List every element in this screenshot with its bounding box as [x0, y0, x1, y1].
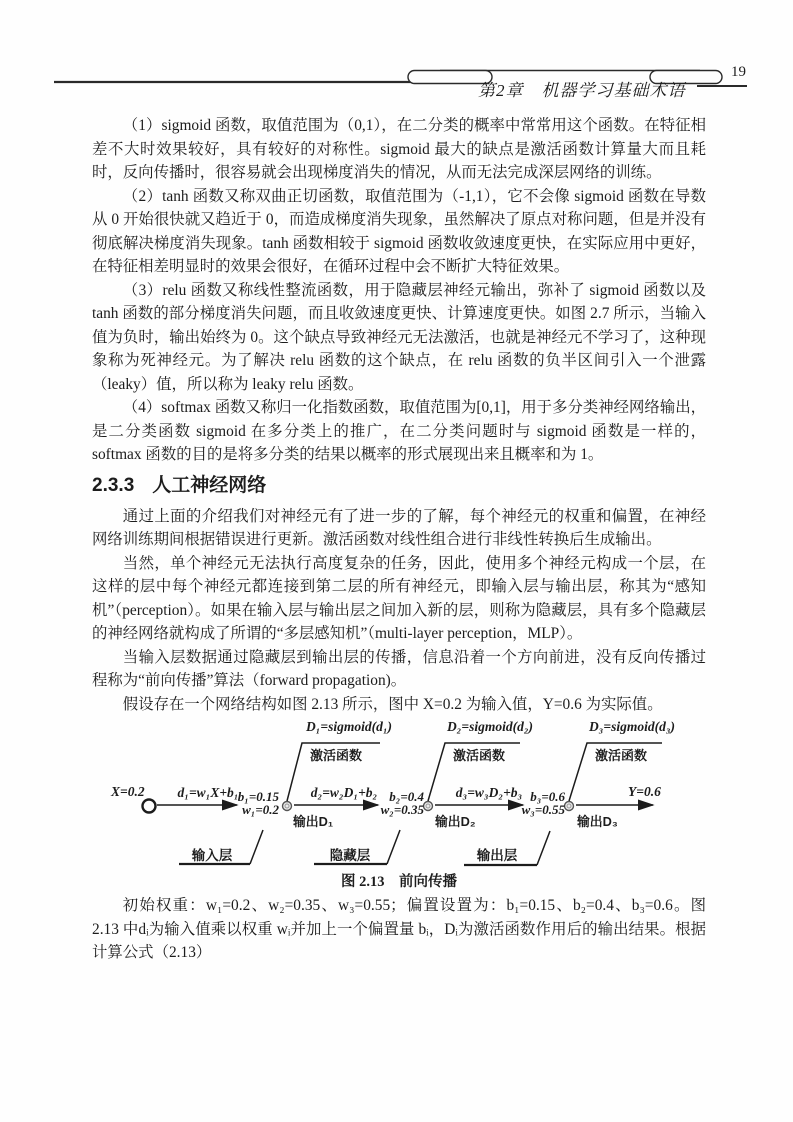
stage1-weight: w₁=0.2 [215, 804, 279, 817]
paragraph-initial-weights: 初始权重：w₁=0.2、w₂=0.35、w₃=0.55；偏置设置为：b₁=0.1… [92, 894, 706, 965]
layer-label-input: 输入层 [172, 844, 252, 864]
paragraph-network-setup: 假设存在一个网络结构如图 2.13 所示，图中 X=0.2 为输入值，Y=0.6… [92, 693, 706, 717]
stage3-weight: w₃=0.55 [501, 804, 565, 817]
stage2-activation-label: 激活函数 [453, 745, 505, 764]
neuron1-circle [283, 802, 292, 811]
stage1-params: b₁=0.15 w₁=0.2 [215, 791, 279, 816]
paragraph-perceptron: 当然，单个神经元无法执行高度复杂的任务，因此，使用多个神经元构成一个层，在这样的… [92, 552, 706, 646]
paragraph-softmax: （4）softmax 函数又称归一化指数函数，取值范围为[0,1]，用于多分类神… [92, 396, 706, 467]
stage3-output-label: 输出D₃ [577, 811, 618, 830]
layer-diagonal-3 [537, 831, 550, 865]
paragraph-forward-prop: 当输入层数据通过隐藏层到输出层的传播，信息沿着一个方向前进，没有反向传播过程称为… [92, 646, 706, 693]
layer-label-hidden: 隐藏层 [310, 844, 390, 864]
input-value-label: X=0.2 [111, 784, 145, 800]
stage1-activation-formula: D₁=sigmoid(d₁) [279, 719, 419, 735]
stage2-output-label: 输出D₂ [435, 811, 476, 830]
figure-forward-propagation: X=0.2 Y=0.6 d₁=w₁X+b₁ d₂=w₂D₁+b₂ d₃=w₃D₂… [89, 718, 709, 890]
page-content: （1）sigmoid 函数，取值范围为（0,1），在二分类的概率中常常用这个函数… [92, 114, 706, 965]
figure-caption: 图 2.13 前向传播 [89, 870, 709, 891]
stage3-params: b₃=0.6 w₃=0.55 [501, 791, 565, 816]
paragraph-relu: （3）relu 函数又称线性整流函数，用于隐藏层神经元输出，弥补了 sigmoi… [92, 279, 706, 397]
stage2-weight: w₂=0.35 [360, 804, 424, 817]
chapter-title: 第2章 机器学习基础术语 [478, 76, 664, 101]
section-title: 人工神经网络 [152, 475, 266, 496]
paragraph-tanh: （2）tanh 函数又称双曲正切函数，取值范围为（-1,1），它不会像 sigm… [92, 185, 706, 279]
actual-value-label: Y=0.6 [628, 784, 661, 800]
stage2-params: b₂=0.4 w₂=0.35 [360, 791, 424, 816]
paragraph-neuron-intro: 通过上面的介绍我们对神经元有了进一步的了解，每个神经元的权重和偏置，在神经网络训… [92, 505, 706, 552]
stage1-output-label: 输出D₁ [293, 811, 333, 830]
neuron2-circle [424, 802, 433, 811]
page-number: 19 [710, 64, 746, 81]
book-page: 第2章 机器学习基础术语 19 （1）sigmoid 函数，取值范围为（0,1）… [0, 0, 793, 1122]
layer-label-output: 输出层 [457, 844, 537, 864]
paragraph-sigmoid: （1）sigmoid 函数，取值范围为（0,1），在二分类的概率中常常用这个函数… [92, 114, 706, 185]
section-number: 2.3.3 [92, 475, 134, 496]
stage1-activation-label: 激活函数 [310, 745, 362, 764]
section-heading: 2.3.3人工神经网络 [92, 473, 706, 499]
running-head: 第2章 机器学习基础术语 19 [0, 60, 793, 108]
stage2-activation-formula: D₂=sigmoid(d₂) [420, 719, 560, 735]
stage3-activation-formula: D₃=sigmoid(d₃) [562, 719, 702, 735]
input-node-circle [143, 800, 156, 813]
neuron3-circle [565, 802, 574, 811]
stage3-activation-label: 激活函数 [595, 745, 647, 764]
